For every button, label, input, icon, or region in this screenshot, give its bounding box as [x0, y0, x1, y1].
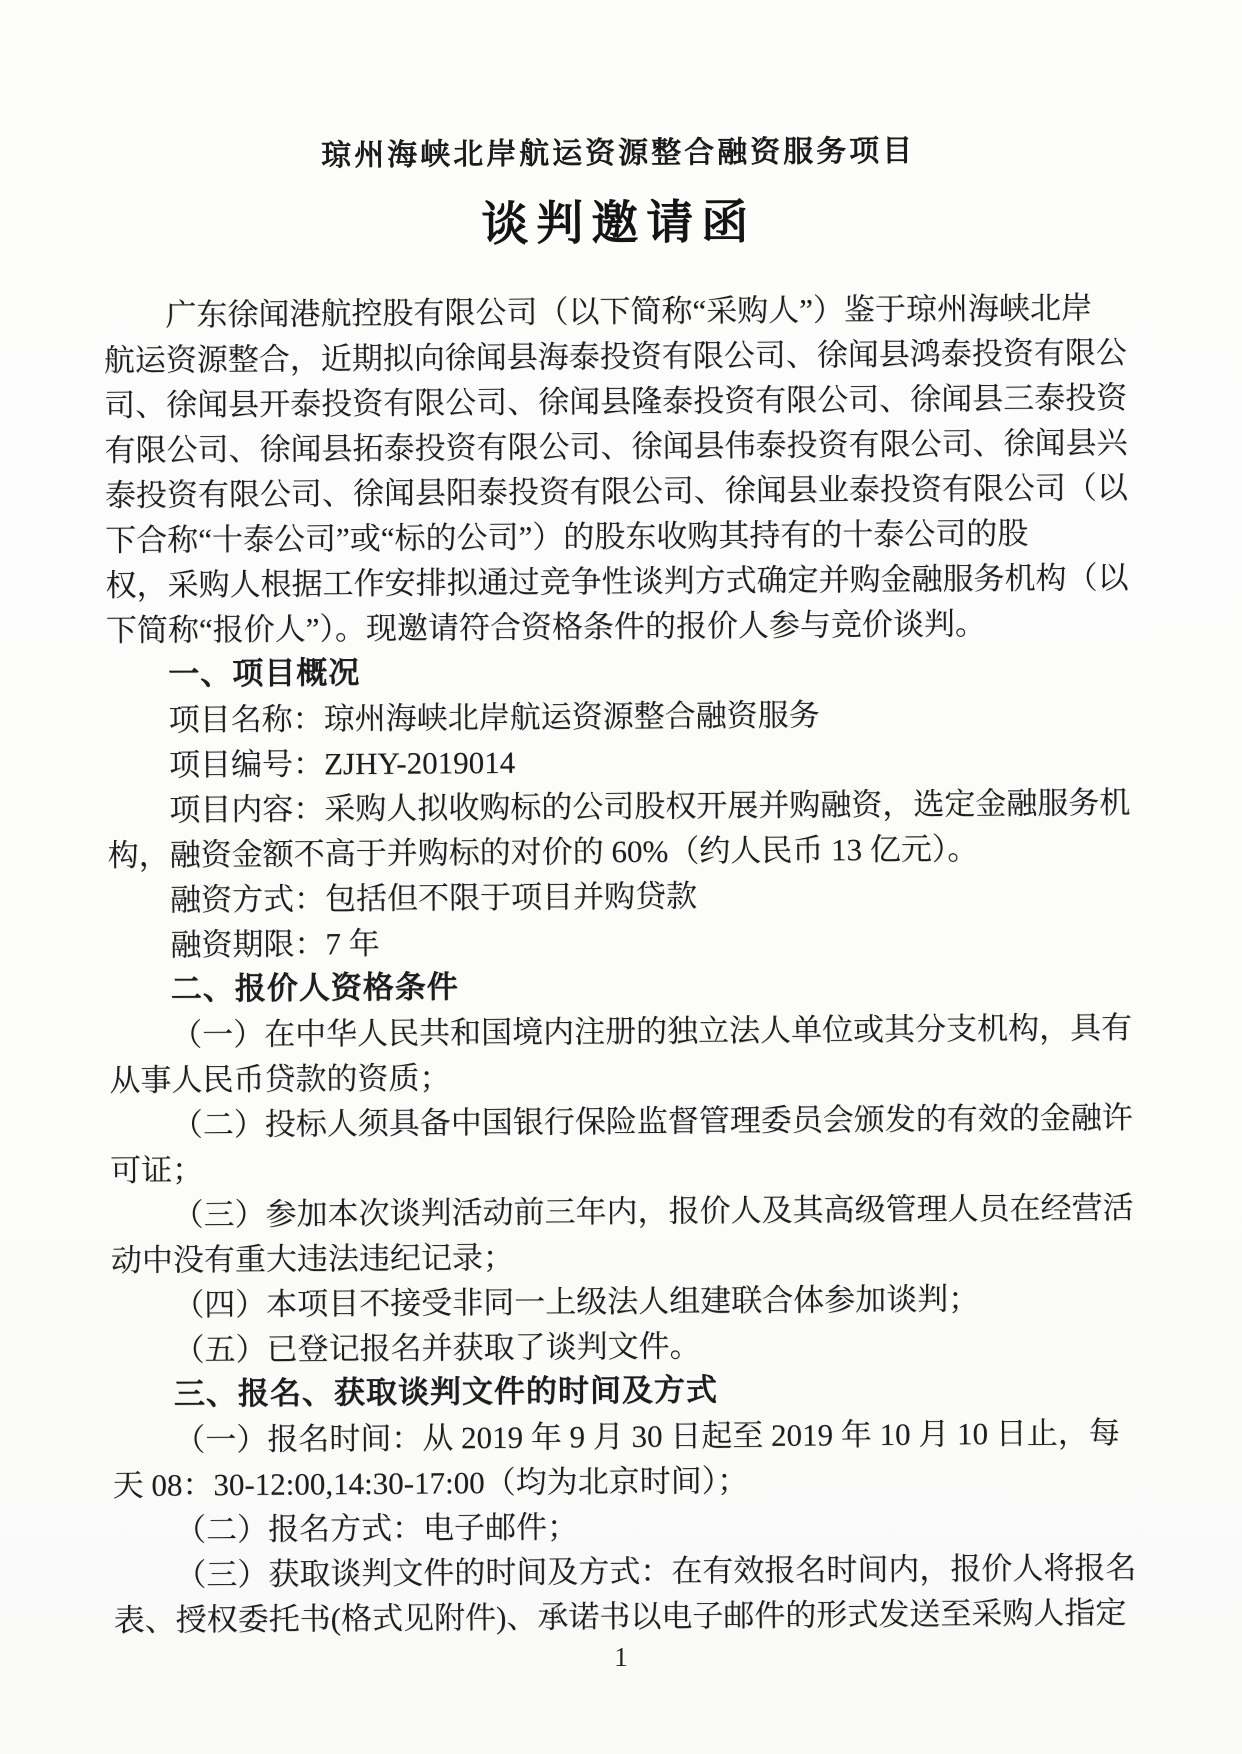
- doc-line: （一）在中华人民共和国境内注册的独立法人单位或其分支机构，具有: [109, 1005, 1141, 1058]
- section-heading-registration: 三、报名、获取谈判文件的时间及方式: [112, 1365, 1144, 1418]
- document-body: 广东徐闻港航控股有限公司（以下简称“采购人”）鉴于琼州海峡北岸 航运资源整合，近…: [103, 285, 1146, 1643]
- doc-line: 司、徐闻县开泰投资有限公司、徐闻县隆泰投资有限公司、徐闻县三泰投资: [104, 375, 1136, 428]
- doc-line: 有限公司、徐闻县拓泰投资有限公司、徐闻县伟泰投资有限公司、徐闻县兴: [104, 420, 1136, 473]
- doc-line: 航运资源整合，近期拟向徐闻县海泰投资有限公司、徐闻县鸿泰投资有限公: [104, 330, 1136, 383]
- doc-line: （五）已登记报名并获取了谈判文件。: [111, 1320, 1143, 1373]
- doc-line: 表、授权委托书(格式见附件)、承诺书以电子邮件的形式发送至采购人指定: [114, 1590, 1146, 1643]
- doc-line: 可证；: [110, 1140, 1142, 1193]
- doc-line: 从事人民币贷款的资质；: [109, 1050, 1141, 1103]
- doc-line: 项目编号：ZJHY-2019014: [107, 735, 1139, 788]
- doc-line: 融资期限：7 年: [108, 915, 1140, 968]
- doc-line: 广东徐闻港航控股有限公司（以下简称“采购人”）鉴于琼州海峡北岸: [103, 285, 1135, 338]
- doc-line: （二）投标人须具备中国银行保险监督管理委员会颁发的有效的金融许: [110, 1095, 1142, 1148]
- doc-line: （三）参加本次谈判活动前三年内，报价人及其高级管理人员在经营活: [110, 1185, 1142, 1238]
- doc-line: （二）报名方式：电子邮件；: [113, 1500, 1145, 1553]
- doc-line: 下合称“十泰公司”或“标的公司”）的股东收购其持有的十泰公司的股: [105, 510, 1137, 563]
- doc-line: 构，融资金额不高于并购标的对价的 60%（约人民币 13 亿元）。: [108, 825, 1140, 878]
- doc-line: （三）获取谈判文件的时间及方式：在有效报名时间内，报价人将报名: [113, 1545, 1145, 1598]
- doc-line: 项目名称：琼州海峡北岸航运资源整合融资服务: [106, 690, 1138, 743]
- doc-line: 动中没有重大违法违纪记录；: [111, 1230, 1143, 1283]
- doc-line: 天 08：30-12:00,14:30-17:00（均为北京时间）；: [112, 1455, 1144, 1508]
- document-title: 谈判邀请函: [102, 182, 1134, 257]
- doc-line: （四）本项目不接受非同一上级法人组建联合体参加谈判；: [111, 1275, 1143, 1328]
- section-heading-project-overview: 一、项目概况: [106, 645, 1138, 698]
- scanned-document-page: 琼州海峡北岸航运资源整合融资服务项目 谈判邀请函 广东徐闻港航控股有限公司（以下…: [0, 0, 1242, 1754]
- doc-line: 泰投资有限公司、徐闻县阳泰投资有限公司、徐闻县业泰投资有限公司（以: [105, 465, 1137, 518]
- project-title: 琼州海峡北岸航运资源整合融资服务项目: [102, 124, 1134, 176]
- doc-line: 项目内容：采购人拟收购标的公司股权开展并购融资，选定金融服务机: [107, 780, 1139, 833]
- doc-line: 权，采购人根据工作安排拟通过竞争性谈判方式确定并购金融服务机构（以: [105, 555, 1137, 608]
- doc-line: 下简称“报价人”）。现邀请符合资格条件的报价人参与竞价谈判。: [106, 600, 1138, 653]
- document-content: 琼州海峡北岸航运资源整合融资服务项目 谈判邀请函 广东徐闻港航控股有限公司（以下…: [102, 124, 1146, 1643]
- doc-line: 融资方式：包括但不限于项目并购贷款: [108, 870, 1140, 923]
- doc-line: （一）报名时间：从 2019 年 9 月 30 日起至 2019 年 10 月 …: [112, 1410, 1144, 1463]
- section-heading-qualification: 二、报价人资格条件: [109, 960, 1141, 1013]
- page-number: 1: [0, 1642, 1242, 1673]
